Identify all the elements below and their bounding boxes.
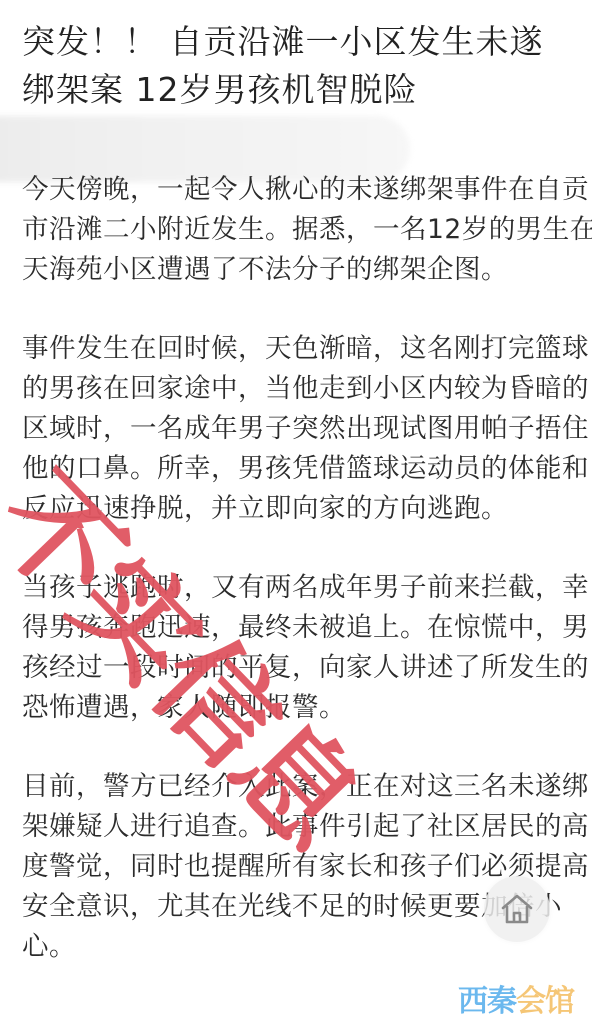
paragraph: 今天傍晚，一起令人揪心的未遂绑架事件在自贡 市沿滩二小附近发生。据悉，一名12岁… — [22, 170, 574, 290]
home-icon — [500, 893, 534, 925]
watermark-part1: 西秦 — [458, 984, 516, 1019]
article-title: 突发！！ 自贡沿滩一小区发生未遂 绑架案 12岁男孩机智脱险 — [22, 18, 582, 114]
title-line: 绑架案 12岁男孩机智脱险 — [22, 66, 582, 114]
text-line: 的男孩在回家途中，当他走到小区内较为昏暗的 — [22, 369, 574, 409]
text-line: 天海苑小区遭遇了不法分子的绑架企图。 — [22, 250, 574, 290]
article-page: 突发！！ 自贡沿滩一小区发生未遂 绑架案 12岁男孩机智脱险 今天傍晚，一起令人… — [0, 0, 592, 1019]
text-line: 今天傍晚，一起令人揪心的未遂绑架事件在自贡 — [22, 170, 574, 210]
text-line: 事件发生在回时候，天色渐暗，这名刚打完篮球 — [22, 329, 574, 369]
title-line: 突发！！ 自贡沿滩一小区发生未遂 — [22, 18, 582, 66]
text-line: 市沿滩二小附近发生。据悉，一名12岁的男生在 — [22, 210, 574, 250]
text-line: 心。 — [22, 927, 574, 967]
text-line: 他的口鼻。所幸，男孩凭借篮球运动员的体能和 — [22, 449, 574, 489]
watermark-logo: 西秦会馆 — [458, 976, 574, 1019]
watermark-part2: 会馆 — [516, 984, 574, 1019]
text-line: 区域时，一名成年男子突然出现试图用帕子捂住 — [22, 409, 574, 449]
home-button[interactable] — [484, 876, 550, 942]
